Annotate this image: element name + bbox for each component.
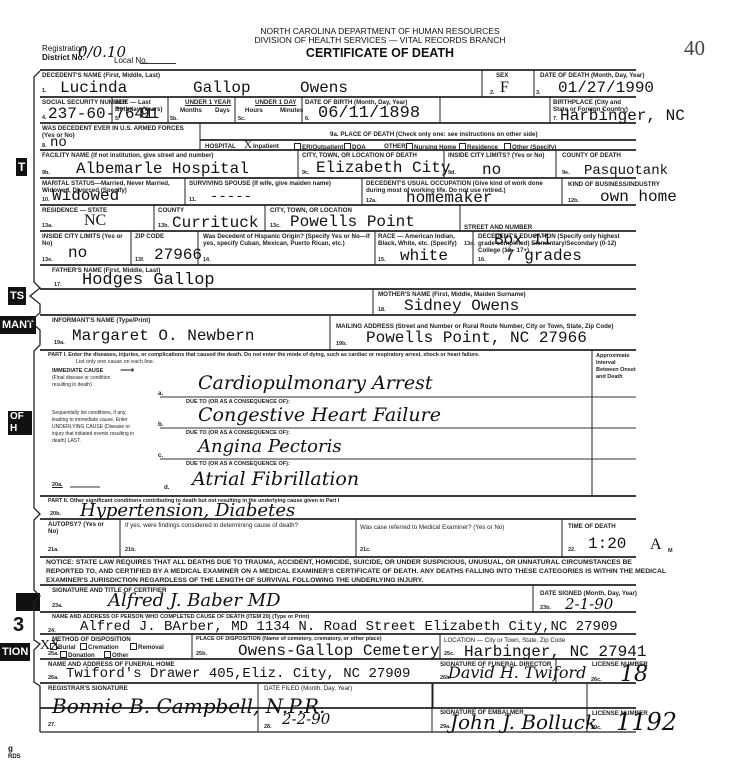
education-value[interactable]: 7 grades	[505, 248, 582, 264]
hospital-inpatient-checkbox[interactable]: X	[244, 139, 252, 151]
legal-notice: NOTICE: STATE LAW REQUIRES THAT ALL DEAT…	[46, 558, 666, 585]
time-of-death-value[interactable]: 1:20	[588, 536, 626, 552]
informant-name-label: INFORMANT'S NAME (Type/Print)	[52, 317, 150, 324]
occupation-value[interactable]: homemaker	[406, 190, 492, 206]
facility-label: FACILITY NAME (If not institution, give …	[42, 152, 213, 159]
place-of-death-title: 9a. PLACE OF DEATH (Check only one: see …	[330, 131, 538, 138]
months-label: Months	[180, 107, 202, 114]
cause-letter-d: d.	[164, 484, 170, 491]
place-of-disposition-value[interactable]: Owens-Gallop Cemetery	[238, 643, 440, 659]
residence-county-label: COUNTY	[158, 207, 184, 214]
item-num-11: 11.	[189, 197, 196, 203]
mother-name-value[interactable]: Sidney Owens	[404, 298, 519, 314]
item-num-10: 10.	[42, 197, 50, 203]
certifier-signature: Alfred J. Baber MD	[108, 590, 281, 611]
date-signed-value[interactable]: 2-1-90	[565, 595, 613, 613]
residence-inside-city-value[interactable]: no	[68, 245, 87, 261]
item-num-7: 7.	[553, 116, 558, 122]
cremation-option[interactable]: Cremation	[76, 643, 119, 651]
sex-value[interactable]: F	[500, 80, 509, 96]
item-num-4: 4.	[42, 115, 47, 121]
donation-option[interactable]: Donation	[56, 651, 95, 659]
item-num-12b: 12b.	[568, 198, 579, 204]
item-num-21a: 21a.	[48, 547, 59, 553]
zip-value[interactable]: 27966	[154, 247, 202, 263]
residence-option[interactable]: Residence	[455, 143, 498, 151]
item-num-21c: 21c.	[360, 547, 371, 553]
facility-value[interactable]: Albemarle Hospital	[76, 161, 249, 177]
embalmer-signature: John J. Bolluck	[450, 710, 597, 734]
date-of-death-value[interactable]: 01/27/1990	[558, 80, 654, 96]
cause-d-value[interactable]: Atrial Fibrillation	[192, 468, 359, 490]
sex-label: SEX	[496, 72, 508, 79]
cause-c-value[interactable]: Angina Pectoris	[198, 436, 342, 457]
autopsy-label: AUTOPSY? (Yes or No)	[48, 521, 108, 535]
informant-name-value[interactable]: Margaret O. Newbern	[72, 328, 254, 344]
immediate-cause-sub: (Final disease or condition resulting in…	[52, 375, 117, 389]
item-num-28: 28.	[264, 724, 272, 730]
mailing-address-value[interactable]: Powells Point, NC 27966	[366, 330, 587, 346]
completer-value[interactable]: Alfred J. BArber, MD 1134 N. Road Street…	[80, 620, 618, 634]
street-label: STREET AND NUMBER	[464, 224, 532, 231]
registrar-signature-label: REGISTRAR'S SIGNATURE	[48, 685, 128, 692]
immediate-cause-label: IMMEDIATE CAUSE	[52, 368, 103, 375]
item-num-2: 2.	[490, 90, 495, 96]
item-num-8: 8.	[42, 143, 47, 149]
residence-county-value[interactable]: Currituck	[172, 215, 258, 231]
item-num-19b: 19b.	[336, 341, 347, 347]
decedent-last-name[interactable]: Owens	[300, 80, 348, 96]
time-am-pm[interactable]: A	[650, 537, 662, 553]
item-num-23b: 23b.	[540, 605, 551, 611]
dob-value[interactable]: 06/11/1898	[318, 106, 420, 122]
nursing-home-option[interactable]: Nursing Home	[402, 143, 456, 151]
item-num-21b: 21b.	[125, 547, 136, 553]
inpatient-option: Inpatient	[253, 143, 279, 150]
race-value[interactable]: white	[400, 248, 448, 264]
item-num-24: 24.	[48, 628, 56, 634]
funeral-home-value[interactable]: Twiford's Drawer 405,Eliz. City, NC 2790…	[66, 667, 410, 681]
part-1-sub: List only one cause on each line.	[76, 359, 154, 366]
death-inside-city-label: INSIDE CITY LIMITS? (Yes or No)	[448, 152, 548, 159]
disposition-location-value[interactable]: Harbinger, NC 27941	[464, 644, 646, 660]
arrow-icon: ⟶	[120, 365, 134, 376]
birthplace-value[interactable]: Harbinger, NC	[560, 108, 685, 124]
item-num-13e: 13e.	[42, 257, 53, 263]
under-1-day-label: UNDER 1 DAY	[255, 99, 296, 106]
item-num-9d: 9d.	[448, 170, 456, 176]
date-filed-label: DATE FILED (Month, Day, Year)	[264, 685, 352, 692]
other-specify-option[interactable]: Other (Specify)	[500, 143, 556, 151]
spouse-value[interactable]: -----	[210, 190, 252, 204]
sequential-label: Sequentially list conditions, if any, le…	[52, 410, 142, 445]
item-num-19a: 19a.	[54, 340, 65, 346]
item-num-5b: 5b.	[170, 116, 178, 122]
cause-letter-a: a.	[158, 390, 163, 397]
cause-letter-b: b.	[158, 421, 164, 428]
death-city-value[interactable]: Elizabeth City	[316, 160, 450, 176]
funeral-director-signature: David H. Twiford	[448, 663, 586, 682]
hispanic-label: Was Decedent of Hispanic Origin? (Specif…	[203, 233, 373, 247]
doa-option[interactable]: DOA	[340, 143, 366, 151]
item-num-13f: 13f.	[135, 257, 144, 263]
date-filed-value[interactable]: 2-2-90	[282, 710, 330, 728]
item-num-12a: 12a.	[366, 198, 377, 204]
item-num-13b: 13b.	[158, 223, 169, 229]
item-num-1: 1.	[42, 88, 47, 94]
hours-label: Hours	[245, 107, 263, 114]
item-num-25c: 25c.	[444, 651, 455, 657]
item-num-3: 3.	[536, 90, 541, 96]
removal-option[interactable]: Removal	[126, 643, 164, 651]
decedent-middle-name[interactable]: Gallop	[193, 80, 251, 96]
item-num-5: 5.	[115, 116, 120, 122]
item-num-13c: 13c.	[270, 223, 281, 229]
hospital-label: HOSPITAL	[205, 143, 236, 150]
death-inside-city-value[interactable]: no	[482, 162, 501, 178]
minutes-label: Minutes	[280, 107, 303, 114]
race-label: RACE — American Indian, Black, White, et…	[378, 233, 473, 247]
marital-status-value[interactable]: Widowed	[52, 188, 119, 204]
part-2-value[interactable]: Hypertension, Diabetes	[80, 500, 295, 521]
residence-city-value[interactable]: Powells Point	[290, 214, 415, 230]
director-license-value[interactable]: 18	[620, 662, 648, 687]
under-1-year-label: UNDER 1 YEAR	[185, 99, 231, 106]
zip-label: ZIP CODE	[135, 233, 164, 240]
item-num-15: 15.	[378, 257, 386, 263]
time-of-death-label: TIME OF DEATH	[568, 523, 616, 530]
business-label: KIND OF BUSINESS/INDUSTRY	[568, 181, 660, 188]
decedent-name-label: DECEDENT'S NAME (First, Middle, Last)	[42, 72, 160, 79]
item-num-26c: 26c.	[591, 677, 602, 683]
item-num-20a: 20a.	[52, 482, 63, 488]
spouse-label: SURVIVING SPOUSE (If wife, give maiden n…	[189, 180, 331, 187]
interval-label: Approximate Interval Between Onset and D…	[596, 353, 636, 381]
time-m: M	[668, 548, 673, 554]
item-num-14: 14.	[203, 257, 211, 263]
findings-label: If yes, were findings considered in dete…	[125, 522, 298, 529]
county-of-death-value[interactable]: Pasquotank	[584, 164, 668, 178]
date-of-death-label: DATE OF DEATH (Month, Day, Year)	[540, 72, 644, 79]
cause-a-value[interactable]: Cardiopulmonary Arrest	[198, 372, 433, 394]
item-num-9b: 9b.	[42, 170, 50, 176]
death-city-label: CITY, TOWN, OR LOCATION OF DEATH	[302, 152, 417, 159]
embalmer-license-value[interactable]: 1192	[616, 708, 677, 736]
item-num-26a: 26a.	[48, 675, 59, 681]
item-num-29c: 29c.	[591, 725, 602, 731]
county-of-death-label: COUNTY OF DEATH	[562, 152, 621, 159]
item-num-22: 22.	[568, 547, 576, 553]
item-num-5c: 5c.	[238, 116, 246, 122]
other-disposition-option[interactable]: Other	[100, 651, 129, 659]
item-num-25b: 25b.	[196, 651, 207, 657]
item-num-23a: 23a.	[52, 603, 63, 609]
cause-b-value[interactable]: Congestive Heart Failure	[198, 404, 441, 426]
item-num-9e: 9e.	[562, 170, 570, 176]
decedent-first-name[interactable]: Lucinda	[60, 80, 127, 96]
father-name-value[interactable]: Hodges Gallop	[82, 273, 215, 289]
business-value[interactable]: own home	[600, 189, 677, 205]
item-num-20b: 20b.	[50, 511, 61, 517]
item-num-18: 18.	[378, 307, 386, 313]
item-num-6: 6.	[305, 116, 310, 122]
item-num-13a: 13a.	[42, 223, 53, 229]
medical-examiner-label: Was case referred to Medical Examiner? (…	[360, 524, 504, 531]
item-num-16: 16.	[478, 257, 486, 263]
item-num-27: 27.	[48, 722, 56, 728]
due-to-c: DUE TO (OR AS A CONSEQUENCE OF):	[186, 461, 290, 468]
residence-state-value[interactable]: NC	[84, 213, 106, 229]
age-value[interactable]: 91	[140, 106, 159, 122]
method-of-disposition-label: METHOD OF DISPOSITION	[52, 636, 131, 643]
cause-letter-c: c.	[158, 452, 163, 459]
days-label: Days	[215, 107, 230, 114]
part-1-instructions: PART I. Enter the diseases, injuries, or…	[48, 352, 480, 359]
burial-option[interactable]: Burial	[46, 643, 76, 651]
er-outpatient-option[interactable]: ER/Outpatient	[290, 143, 343, 151]
item-num-9c: 9c.	[302, 170, 310, 176]
armed-forces-value[interactable]: no	[50, 136, 67, 150]
item-num-17: 17.	[54, 282, 62, 288]
